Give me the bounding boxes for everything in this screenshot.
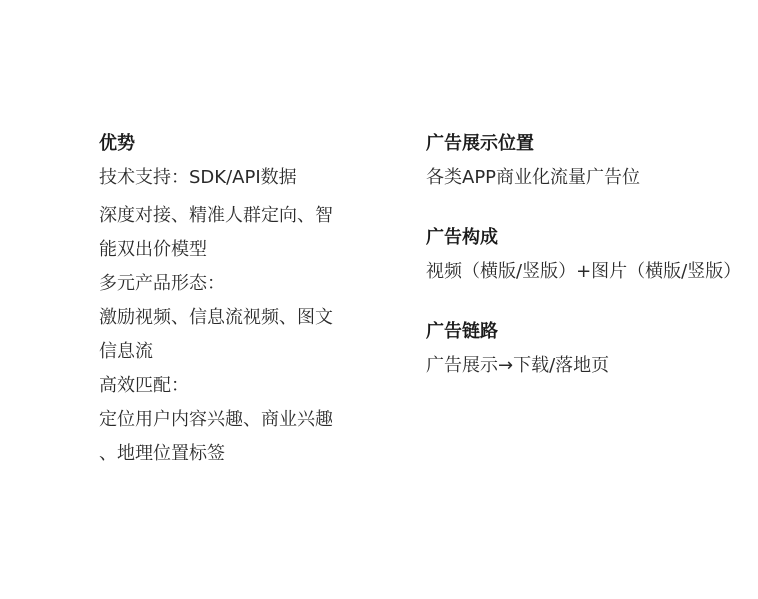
ad-composition-title: 广告构成 [426, 225, 758, 251]
advantages-line: 、地理位置标签 [99, 437, 349, 471]
ad-funnel-title: 广告链路 [426, 319, 758, 345]
advantages-title: 优势 [99, 131, 349, 157]
ad-composition-text: 视频（横版/竖版）+图片（横版/竖版） [426, 259, 758, 285]
ad-info-column: 广告展示位置 各类APP商业化流量广告位 广告构成 视频（横版/竖版）+图片（横… [426, 131, 758, 413]
ad-funnel-text: 广告展示→下载/落地页 [426, 353, 758, 379]
advantages-line: 高效匹配： [99, 369, 349, 403]
advantages-line: 信息流 [99, 335, 349, 369]
ad-placement-title: 广告展示位置 [426, 131, 758, 157]
ad-funnel-section: 广告链路 广告展示→下载/落地页 [426, 319, 758, 379]
ad-placement-section: 广告展示位置 各类APP商业化流量广告位 [426, 131, 758, 191]
ad-placement-text: 各类APP商业化流量广告位 [426, 165, 758, 191]
advantages-line: 定位用户内容兴趣、商业兴趣 [99, 403, 349, 437]
ad-composition-section: 广告构成 视频（横版/竖版）+图片（横版/竖版） [426, 225, 758, 285]
advantages-column: 优势 技术支持：SDK/API数据 深度对接、精准人群定向、智 能双出价模型 多… [99, 131, 349, 471]
advantages-line: 能双出价模型 [99, 233, 349, 267]
advantages-line: 技术支持：SDK/API数据 [99, 165, 349, 191]
advantages-line: 深度对接、精准人群定向、智 [99, 199, 349, 233]
advantages-line: 激励视频、信息流视频、图文 [99, 301, 349, 335]
advantages-line: 多元产品形态： [99, 267, 349, 301]
